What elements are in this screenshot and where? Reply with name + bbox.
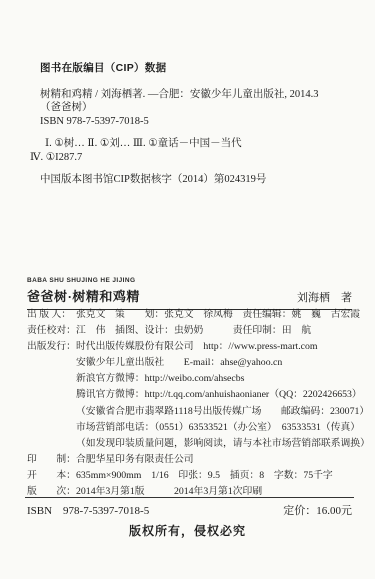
colophon-row-press-email: 安徽少年儿童出版社 E-mail：ahse@yahoo.cn [27,355,361,371]
pinyin-title: BABA SHU SHUJING HE JIJING [27,277,352,284]
row-content: 江 伟 插图、设计：虫奶奶 责任印制：田 航 [76,323,311,339]
colophon-row-tencent-weibo: 腾讯官方微博：http://t.qq.com/anhuishaonianer（Q… [27,387,361,403]
colophon-row-quality-note: （如发现印装质量问题，影响阅读，请与本社市场营销部联系调换） [27,436,361,452]
row-content: 安徽少年儿童出版社 E-mail：ahse@yahoo.cn [76,355,282,371]
row-content: 635mm×900mm 1/16 印张：9.5 插页：8 字数：75千字 [76,468,333,484]
row-label [27,404,76,420]
colophon-row-publisher-person: 出 版 人： 张克文 策 划：张克文 徐凤梅 责任编辑：姚 巍 古宏霞 [27,307,361,323]
colophon-row-phone: 市场营销部电话：（0551）63533521（办公室） 63533531（传真） [27,420,361,436]
book-title: 爸爸树·树精和鸡精 [27,286,140,305]
row-content: （如发现印装质量问题，影响阅读，请与本社市场营销部联系调换） [76,436,370,452]
row-label: 出版发行： [27,339,76,355]
cip-classification: Ⅰ. ①树… Ⅱ. ①刘… Ⅲ. ①童话－中国－当代 Ⅳ. ①I287.7 [27,137,355,164]
row-content: 市场营销部电话：（0551）63533521（办公室） 63533531（传真） [76,420,360,436]
cip-description: 树精和鸡精 / 刘海栖著. —合肥：安徽少年儿童出版社, 2014.3 （爸爸树… [40,88,355,129]
row-label [27,371,76,387]
row-label: 开 本： [27,468,76,484]
copyright-notice: 版权所有，侵权必究 [0,522,375,539]
colophon-row-address: （安徽省合肥市翡翠路1118号出版传媒广场 邮政编码：230071） [27,404,361,420]
divider-line [25,497,354,498]
price-text: 定价：16.00元 [283,502,352,518]
row-content: 新浪官方微博：http://weibo.com/ahsecbs [76,371,244,387]
copyright-page: 图书在版编目（CIP）数据 树精和鸡精 / 刘海栖著. —合肥：安徽少年儿童出版… [0,0,375,579]
cip-block: 图书在版编目（CIP）数据 树精和鸡精 / 刘海栖著. —合肥：安徽少年儿童出版… [27,62,355,187]
author-name: 刘海栖 著 [297,289,352,305]
row-label [27,387,76,403]
colophon-row-publisher: 出版发行： 时代出版传媒股份有限公司 http：//www.press-mart… [27,339,361,355]
row-content: 合肥华星印务有限责任公司 [76,452,194,468]
colophon-row-printer: 印 制： 合肥华星印务有限责任公司 [27,452,361,468]
title-block: BABA SHU SHUJING HE JIJING 爸爸树·树精和鸡精 刘海栖… [27,277,352,310]
cip-description-line: 树精和鸡精 / 刘海栖著. —合肥：安徽少年儿童出版社, 2014.3 [40,88,355,102]
row-content: 张克文 策 划：张克文 徐凤梅 责任编辑：姚 巍 古宏霞 [76,307,360,323]
row-label [27,436,76,452]
colophon-row-sina-weibo: 新浪官方微博：http://weibo.com/ahsecbs [27,371,361,387]
row-label: 出 版 人： [27,307,76,323]
row-content: （安徽省合肥市翡翠路1118号出版传媒广场 邮政编码：230071） [76,404,369,420]
cip-description-line: ISBN 978-7-5397-7018-5 [40,115,355,129]
colophon-block: 出 版 人： 张克文 策 划：张克文 徐凤梅 责任编辑：姚 巍 古宏霞 责任校对… [27,307,361,500]
row-label [27,355,76,371]
row-label [27,420,76,436]
row-label: 印 制： [27,452,76,468]
isbn-price-row: ISBN 978-7-5397-7018-5 定价：16.00元 [27,502,352,518]
colophon-row-format: 开 本： 635mm×900mm 1/16 印张：9.5 插页：8 字数：75千… [27,468,361,484]
isbn-text: ISBN 978-7-5397-7018-5 [27,502,149,518]
cip-header: 图书在版编目（CIP）数据 [40,62,355,76]
row-label: 责任校对： [27,323,76,339]
row-content: 腾讯官方微博：http://t.qq.com/anhuishaonianer（Q… [76,387,362,403]
row-content: 时代出版传媒股份有限公司 http：//www.press-mart.com [76,339,318,355]
cip-classification-line: Ⅰ. ①树… Ⅱ. ①刘… Ⅲ. ①童话－中国－当代 [45,137,355,151]
colophon-row-proofreader: 责任校对： 江 伟 插图、设计：虫奶奶 责任印制：田 航 [27,323,361,339]
cip-record-number: 中国版本图书馆CIP数据核字（2014）第024319号 [40,173,355,187]
cip-classification-line: Ⅳ. ①I287.7 [30,151,355,165]
cip-description-line: （爸爸树） [40,101,355,115]
